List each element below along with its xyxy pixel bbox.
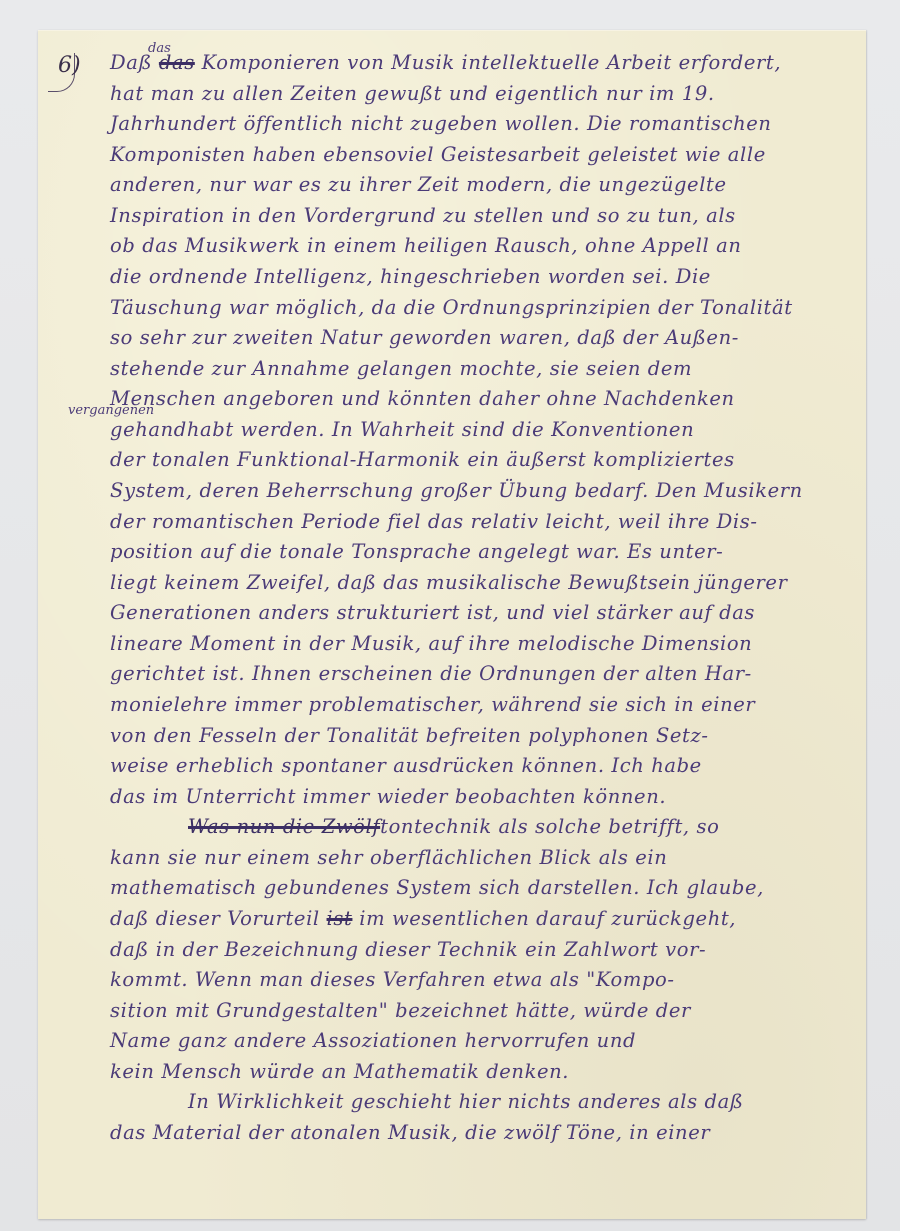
manuscript-line: anderen, nur war es zu ihrer Zeit modern…	[110, 173, 727, 196]
manuscript-line: so sehr zur zweiten Natur geworden waren…	[110, 326, 739, 349]
manuscript-line: In Wirklichkeit geschieht hier nichts an…	[188, 1090, 743, 1113]
manuscript-line: das Material der atonalen Musik, die zwö…	[110, 1121, 710, 1144]
manuscript-line: der tonalen Funktional-Harmonik ein äuße…	[110, 448, 735, 471]
manuscript-line: Was nun die Zwölftontechnik als solche b…	[188, 815, 719, 838]
manuscript-line: kommt. Wenn man dieses Verfahren etwa al…	[110, 968, 675, 991]
manuscript-line: Menschen angeboren und könnten daher ohn…	[110, 387, 735, 410]
manuscript-line: gerichtet ist. Ihnen erscheinen die Ordn…	[110, 662, 752, 685]
manuscript-line: lineare Moment in der Musik, auf ihre me…	[110, 632, 752, 655]
manuscript-line: Daß das Komponieren von Musik intellektu…	[110, 51, 781, 74]
manuscript-line: gehandhabt werden. In Wahrheit sind die …	[110, 418, 694, 441]
manuscript-line: sition mit Grundgestalten" bezeichnet hä…	[110, 999, 691, 1022]
manuscript-line: das im Unterricht immer wieder beobachte…	[110, 785, 666, 808]
manuscript-line: mathematisch gebundenes System sich dars…	[110, 876, 764, 899]
manuscript-line: kein Mensch würde an Mathematik denken.	[110, 1060, 569, 1083]
manuscript-line: Jahrhundert öffentlich nicht zugeben wol…	[110, 112, 772, 135]
struck-text: ist	[327, 907, 353, 930]
manuscript-line: daß in der Bezeichnung dieser Technik ei…	[110, 938, 706, 961]
manuscript-line: von den Fesseln der Tonalität befreiten …	[110, 724, 709, 747]
manuscript-line: monielehre immer problematischer, währen…	[110, 693, 755, 716]
manuscript-line: daß dieser Vorurteil ist im wesentlichen…	[110, 907, 736, 930]
manuscript-page: 6) das vergangenen Daß das Komponieren v…	[38, 30, 866, 1219]
manuscript-line: Generationen anders strukturiert ist, un…	[110, 601, 755, 624]
struck-text: das	[159, 51, 195, 74]
manuscript-line: System, deren Beherrschung großer Übung …	[110, 479, 803, 502]
manuscript-line: Name ganz andere Assoziationen hervorruf…	[110, 1029, 636, 1052]
manuscript-line: position auf die tonale Tonsprache angel…	[110, 540, 723, 563]
manuscript-line: liegt keinem Zweifel, daß das musikalisc…	[110, 571, 788, 594]
struck-text: Was nun die Zwölf	[188, 815, 380, 838]
viewer-background: 6) das vergangenen Daß das Komponieren v…	[0, 0, 900, 1231]
manuscript-line: hat man zu allen Zeiten gewußt und eigen…	[110, 82, 715, 105]
manuscript-line: weise erheblich spontaner ausdrücken kön…	[110, 754, 702, 777]
manuscript-line: ob das Musikwerk in einem heiligen Rausc…	[110, 234, 741, 257]
manuscript-line: der romantischen Periode fiel das relati…	[110, 510, 758, 533]
page-number: 6)	[58, 53, 81, 78]
manuscript-line: Komponisten haben ebensoviel Geistesarbe…	[110, 143, 766, 166]
manuscript-line: die ordnende Intelligenz, hingeschrieben…	[110, 265, 711, 288]
manuscript-line: Täuschung war möglich, da die Ordnungspr…	[110, 296, 793, 319]
manuscript-line: stehende zur Annahme gelangen mochte, si…	[110, 357, 692, 380]
manuscript-line: Inspiration in den Vordergrund zu stelle…	[110, 204, 736, 227]
manuscript-line: kann sie nur einem sehr oberflächlichen …	[110, 846, 667, 869]
